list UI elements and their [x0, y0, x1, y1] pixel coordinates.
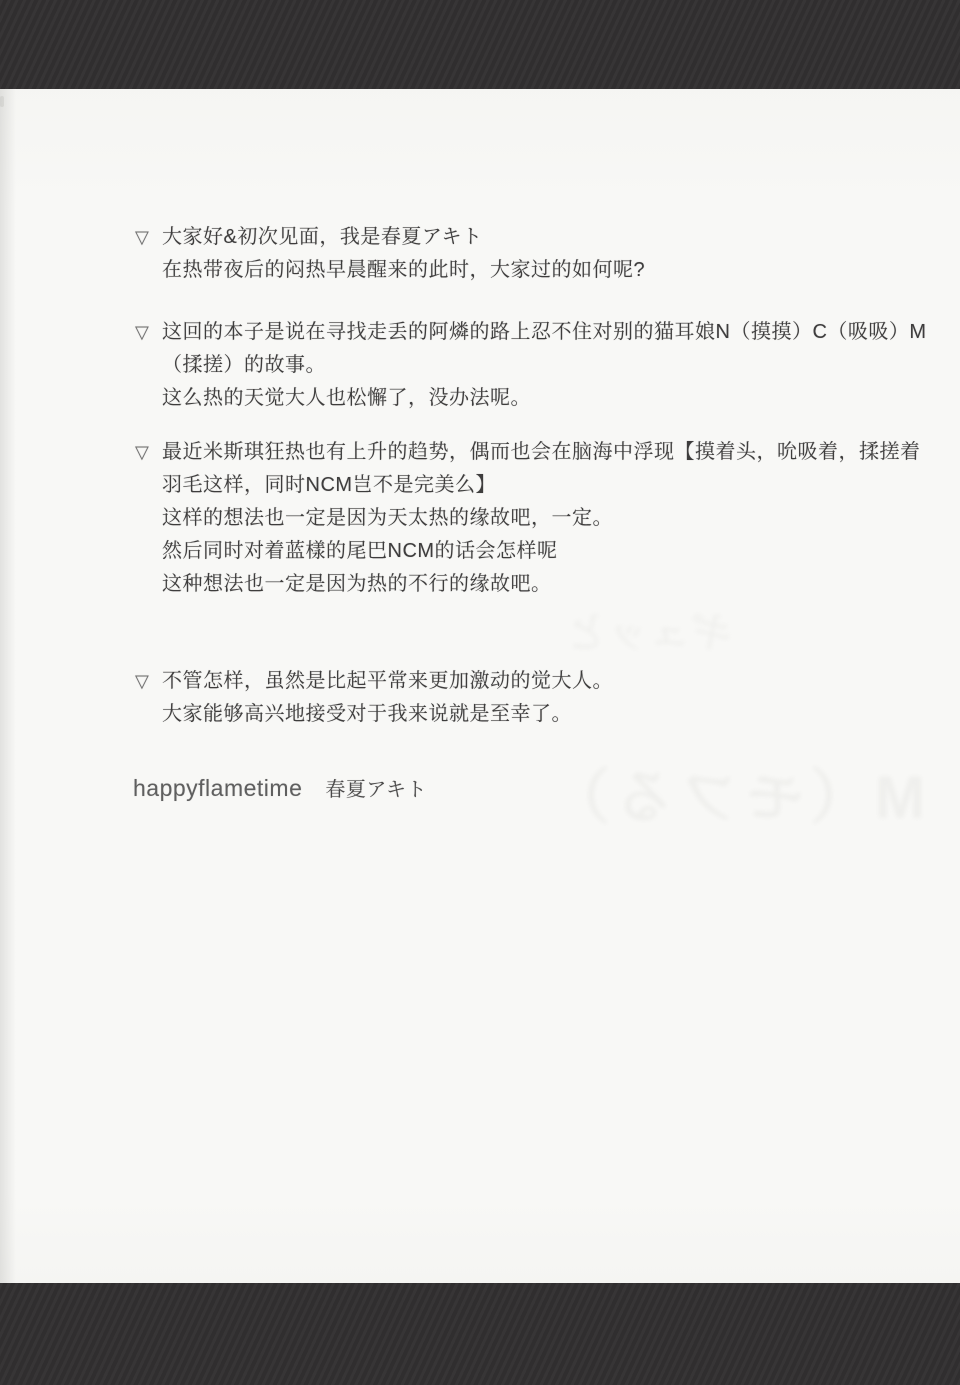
- triangle-bullet-icon: ▽: [135, 316, 162, 349]
- page-left-shadow: [0, 89, 16, 1283]
- text-line: （揉搓）的故事。: [162, 349, 927, 382]
- afterword-paragraph-3: ▽ 最近米斯琪狂热也有上升的趋势，偶而也会在脑海中浮现【摸着头，吮吸着，揉搓着 …: [135, 436, 940, 601]
- author-name: 春夏アキト: [325, 779, 427, 801]
- text-line: 大家能够高兴地接受对于我来说就是至幸了。: [162, 698, 613, 731]
- paragraph-lines: 不管怎样，虽然是比起平常来更加激动的觉大人。 大家能够高兴地接受对于我来说就是至…: [162, 665, 613, 731]
- paragraph-lines: 最近米斯琪狂热也有上升的趋势，偶而也会在脑海中浮现【摸着头，吮吸着，揉搓着 羽毛…: [162, 436, 921, 601]
- bottom-scan-border: [0, 1283, 960, 1385]
- top-scan-border: [0, 0, 960, 89]
- text-line: 这回的本子是说在寻找走丢的阿燐的路上忍不住对别的猫耳娘N（摸摸）C（吸吸）M: [162, 316, 927, 349]
- paragraph-lines: 大家好&初次见面，我是春夏アキト 在热带夜后的闷热早晨醒来的此时，大家过的如何呢…: [162, 221, 645, 287]
- triangle-bullet-icon: ▽: [135, 436, 162, 469]
- text-line: 在热带夜后的闷热早晨醒来的此时，大家过的如何呢?: [162, 254, 645, 287]
- text-line: 这么热的天觉大人也松懈了，没办法呢。: [162, 382, 927, 415]
- triangle-bullet-icon: ▽: [135, 665, 162, 698]
- afterword-paragraph-4: ▽ 不管怎样，虽然是比起平常来更加激动的觉大人。 大家能够高兴地接受对于我来说就…: [135, 665, 895, 731]
- text-line: 然后同时对着蓝樣的尾巴NCM的话会怎样呢: [162, 535, 921, 568]
- signature-line: happyflametime春夏アキト: [133, 772, 427, 807]
- text-line: 大家好&初次见面，我是春夏アキト: [162, 221, 645, 254]
- afterword-paragraph-1: ▽ 大家好&初次见面，我是春夏アキト 在热带夜后的闷热早晨醒来的此时，大家过的如…: [135, 221, 895, 287]
- afterword-paragraph-2: ▽ 这回的本子是说在寻找走丢的阿燐的路上忍不住对别的猫耳娘N（摸摸）C（吸吸）M…: [135, 316, 940, 415]
- triangle-bullet-icon: ▽: [135, 221, 162, 254]
- circle-name: happyflametime: [133, 775, 302, 801]
- text-line: 羽毛这样，同时NCM岂不是完美么】: [162, 469, 921, 502]
- bleed-through-text-lower: M（モフる）: [545, 750, 925, 836]
- text-line: 最近米斯琪狂热也有上升的趋势，偶而也会在脑海中浮现【摸着头，吮吸着，揉搓着: [162, 436, 921, 469]
- text-line: 不管怎样，虽然是比起平常来更加激动的觉大人。: [162, 665, 613, 698]
- bleed-through-text-upper: ギュッと: [565, 600, 733, 660]
- paragraph-lines: 这回的本子是说在寻找走丢的阿燐的路上忍不住对别的猫耳娘N（摸摸）C（吸吸）M （…: [162, 316, 927, 415]
- text-line: 这样的想法也一定是因为天太热的缘故吧，一定。: [162, 502, 921, 535]
- text-line: 这种想法也一定是因为热的不行的缘故吧。: [162, 568, 921, 601]
